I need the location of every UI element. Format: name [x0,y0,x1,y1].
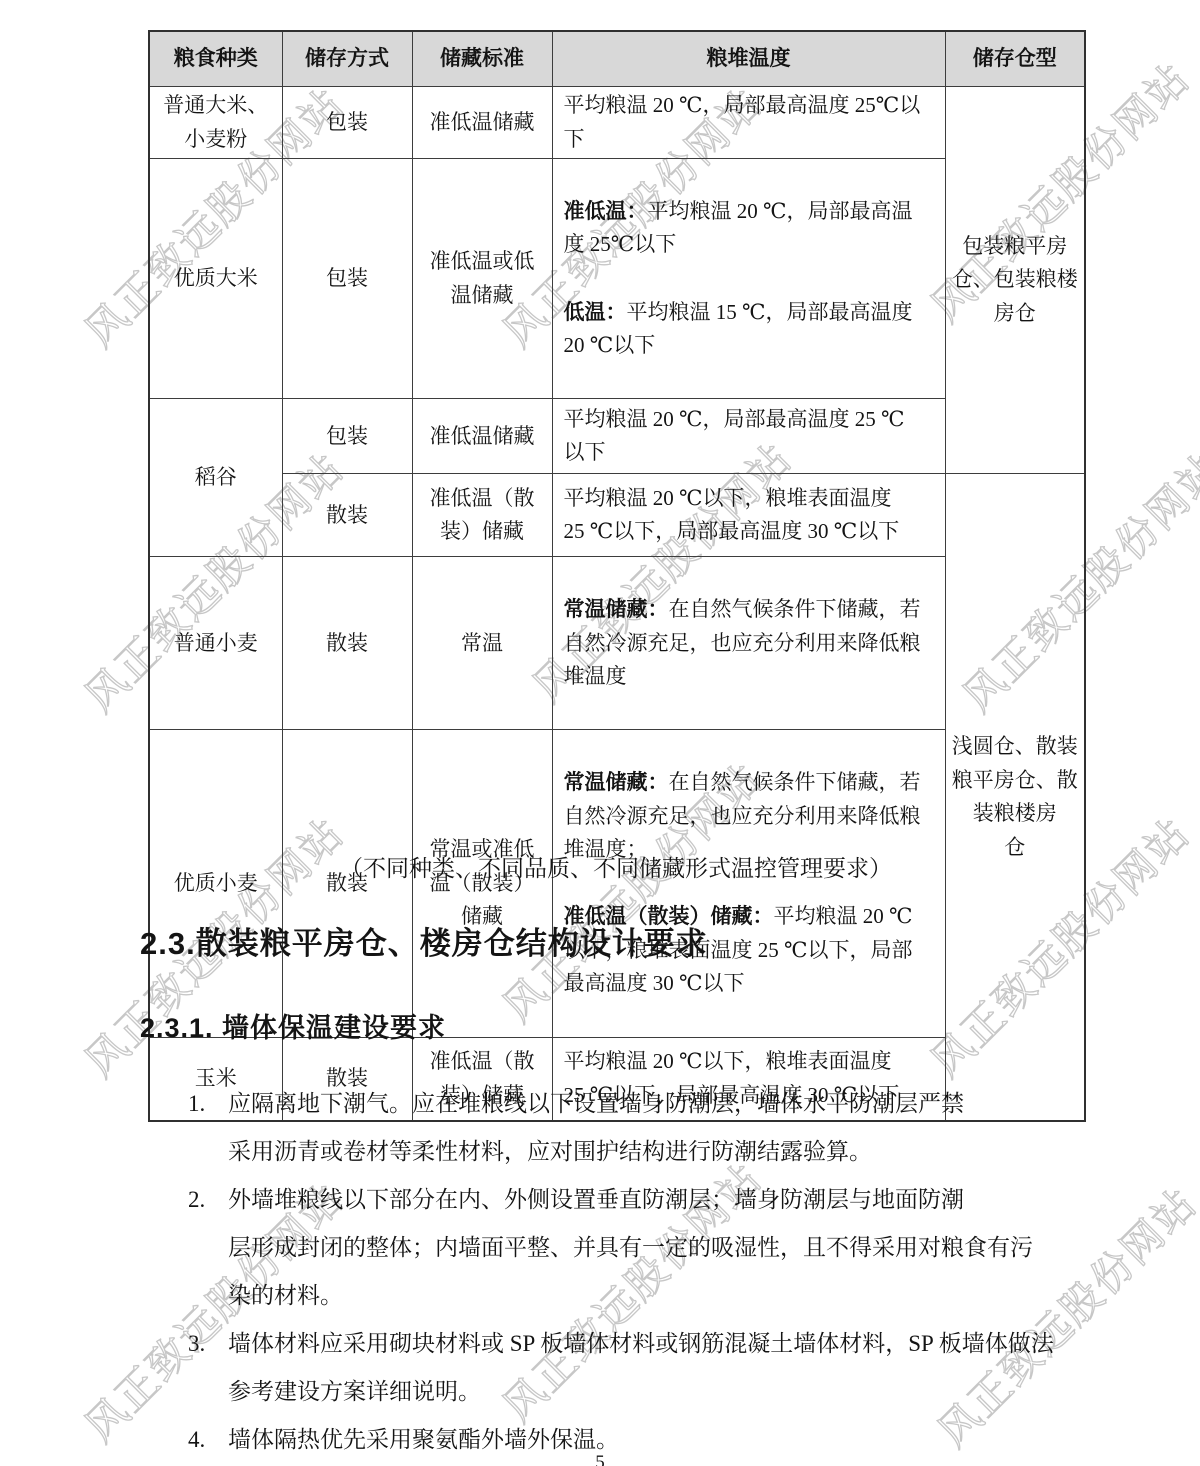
table-caption: （不同种类、不同品质、不同储藏形式温控管理要求） [148,850,1084,883]
list-item-number: 2. [188,1176,228,1320]
cell-standard: 准低温储藏 [412,87,552,159]
list-item: 1. 应隔离地下潮气。应在堆粮线以下设置墙身防潮层，墙体水平防潮层严禁 采用沥青… [188,1080,1054,1176]
temp-condition-label: 低温： [564,300,627,324]
section-heading-2-3: 2.3.散装粮平房仓、楼房仓结构设计要求 [140,918,708,963]
cell-method: 包装 [282,87,412,159]
cell-method: 散装 [282,557,412,730]
list-item-text: 墙体材料应采用砌块材料或 SP 板墙体材料或钢筋混凝土墙体材料，SP 板墙体做法… [228,1320,1054,1416]
list-item-number: 1. [188,1080,228,1176]
table-row: 稻谷 包装 准低温储藏 平均粮温 20 ℃，局部最高温度 25 ℃ 以下 [149,399,1085,474]
temp-condition-label: 常温储藏： [564,597,669,621]
cell-temperature: 常温储藏：在自然气候条件下储藏，若 自然冷源充足，也应充分利用来降低粮 堆温度；… [552,730,945,1037]
cell-standard: 准低温（散 装）储藏 [412,474,552,557]
cell-silo-bulk: 浅圆仓、散装 粮平房仓、散 装粮楼房 仓 [945,474,1085,1121]
page-content: 粮食种类 储存方式 储藏标准 粮堆温度 储存仓型 普通大米、 小麦粉 包装 准低… [0,0,1200,1466]
cell-grain-type: 优质小麦 [149,730,282,1037]
header-grain-type: 粮食种类 [149,31,282,87]
cell-method: 散装 [282,474,412,557]
cell-temperature: 平均粮温 20 ℃，局部最高温度 25℃以 下 [552,87,945,159]
table-row: 优质小麦 散装 常温或准低 温（散装） 储藏 常温储藏：在自然气候条件下储藏，若… [149,730,1085,1037]
cell-standard: 准低温或低 温储藏 [412,159,552,399]
table-row: 普通小麦 散装 常温 常温储藏：在自然气候条件下储藏，若 自然冷源充足，也应充分… [149,557,1085,730]
cell-method: 包装 [282,159,412,399]
cell-grain-type: 普通大米、 小麦粉 [149,87,282,159]
table-row: 优质大米 包装 准低温或低 温储藏 准低温：平均粮温 20 ℃，局部最高温 度 … [149,159,1085,399]
list-item-text: 外墙堆粮线以下部分在内、外侧设置垂直防潮层；墙身防潮层与地面防潮 层形成封闭的整… [228,1176,1033,1320]
table-header-row: 粮食种类 储存方式 储藏标准 粮堆温度 储存仓型 [149,31,1085,87]
temp-condition-label: 常温储藏： [564,770,669,794]
cell-standard: 准低温储藏 [412,399,552,474]
cell-temperature: 常温储藏：在自然气候条件下储藏，若 自然冷源充足，也应充分利用来降低粮 堆温度 [552,557,945,730]
list-item-text: 应隔离地下潮气。应在堆粮线以下设置墙身防潮层，墙体水平防潮层严禁 采用沥青或卷材… [228,1080,964,1176]
cell-temperature: 平均粮温 20 ℃以下，粮堆表面温度 25 ℃以下，局部最高温度 30 ℃以下 [552,474,945,557]
list-item: 3. 墙体材料应采用砌块材料或 SP 板墙体材料或钢筋混凝土墙体材料，SP 板墙… [188,1320,1054,1416]
header-storage-method: 储存方式 [282,31,412,87]
temp-condition-label: 准低温： [564,199,648,223]
page-number: 5 [0,1452,1200,1466]
cell-standard: 常温或准低 温（散装） 储藏 [412,730,552,1037]
cell-method: 散装 [282,730,412,1037]
header-storage-standard: 储藏标准 [412,31,552,87]
list-item: 2. 外墙堆粮线以下部分在内、外侧设置垂直防潮层；墙身防潮层与地面防潮 层形成封… [188,1176,1054,1320]
cell-standard: 常温 [412,557,552,730]
list-item-number: 3. [188,1320,228,1416]
requirements-list: 1. 应隔离地下潮气。应在堆粮线以下设置墙身防潮层，墙体水平防潮层严禁 采用沥青… [188,1080,1054,1464]
cell-temperature: 准低温：平均粮温 20 ℃，局部最高温 度 25℃以下 低温：平均粮温 15 ℃… [552,159,945,399]
cell-grain-type: 普通小麦 [149,557,282,730]
document-page: 风正致远股份网站 风正致远股份网站 风正致远股份网站 风正致远股份网站 风正致远… [0,0,1200,1466]
cell-method: 包装 [282,399,412,474]
header-silo-type: 储存仓型 [945,31,1085,87]
table-row: 普通大米、 小麦粉 包装 准低温储藏 平均粮温 20 ℃，局部最高温度 25℃以… [149,87,1085,159]
cell-silo-packaged: 包装粮平房 仓、包装粮楼 房仓 [945,87,1085,474]
cell-grain-type: 稻谷 [149,399,282,557]
section-heading-2-3-1: 2.3.1. 墙体保温建设要求 [140,1006,446,1045]
cell-grain-type: 优质大米 [149,159,282,399]
cell-temperature: 平均粮温 20 ℃，局部最高温度 25 ℃ 以下 [552,399,945,474]
table-row: 散装 准低温（散 装）储藏 平均粮温 20 ℃以下，粮堆表面温度 25 ℃以下，… [149,474,1085,557]
header-pile-temperature: 粮堆温度 [552,31,945,87]
